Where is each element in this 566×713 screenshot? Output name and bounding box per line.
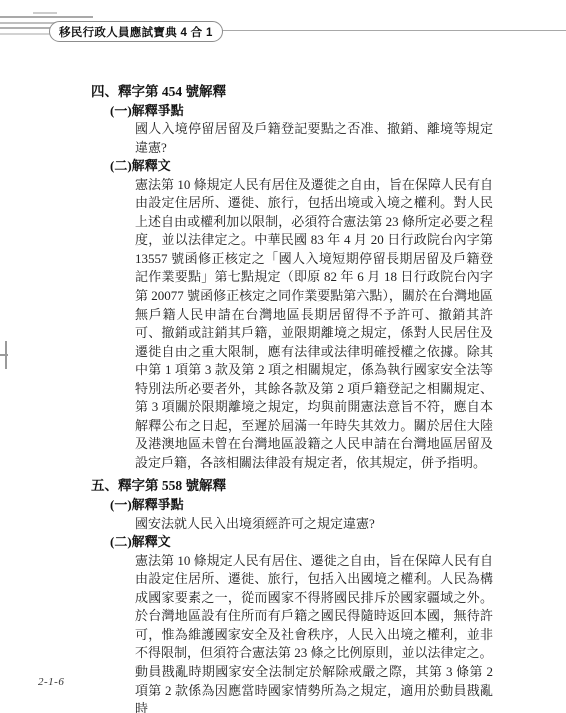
subsection-label: (一)解釋爭點 (110, 102, 493, 121)
body-paragraph: 國安法就人民入出境須經許可之規定違憲? (135, 515, 493, 534)
subsection-label: (二)解釋文 (110, 533, 493, 552)
registration-mark (0, 354, 8, 356)
header-deco-line (33, 12, 57, 14)
section-heading: 四、釋字第 454 號解釋 (91, 83, 493, 102)
subsection-interpretation-text: (二)解釋文 憲法第 10 條規定人民有居住及遷徙之自由，旨在保障人民有自由設定… (91, 157, 493, 472)
subsection-interpretation-text: (二)解釋文 憲法第 10 條規定人民有居住、遷徙之自由，旨在保障人民有自由設定… (91, 533, 493, 713)
page-content: 四、釋字第 454 號解釋 (一)解釋爭點 國人入境停留居留及戶籍登記要點之否准… (91, 83, 493, 713)
section-interpretation-558: 五、釋字第 558 號解釋 (一)解釋爭點 國安法就人民入出境須經許可之規定違憲… (91, 477, 493, 713)
page-number: 2-1-6 (38, 676, 64, 688)
body-paragraph: 憲法第 10 條規定人民有居住及遷徙之自由，旨在保障人民有自由設定住居所、遷徙、… (135, 176, 493, 473)
section-heading: 五、釋字第 558 號解釋 (91, 477, 493, 496)
subsection-dispute: (一)解釋爭點 國人入境停留居留及戶籍登記要點之否准、撤銷、離境等規定違憲? (91, 102, 493, 158)
running-head-title: 移民行政人員應試寶典 4 合 1 (49, 21, 223, 42)
subsection-dispute: (一)解釋爭點 國安法就人民入出境須經許可之規定違憲? (91, 496, 493, 533)
section-interpretation-454: 四、釋字第 454 號解釋 (一)解釋爭點 國人入境停留居留及戶籍登記要點之否准… (91, 83, 493, 472)
body-paragraph: 國人入境停留居留及戶籍登記要點之否准、撤銷、離境等規定違憲? (135, 120, 493, 157)
header-deco-line (0, 16, 93, 18)
subsection-label: (二)解釋文 (110, 157, 493, 176)
body-paragraph: 動員戡亂時期國家安全法制定於解除戒嚴之際，其第 3 條第 2 項第 2 款係為因… (135, 663, 493, 713)
book-page: 移民行政人員應試寶典 4 合 1 四、釋字第 454 號解釋 (一)解釋爭點 國… (0, 0, 566, 713)
subsection-label: (一)解釋爭點 (110, 496, 493, 515)
body-paragraph: 憲法第 10 條規定人民有居住、遷徙之自由，旨在保障人民有自由設定住居所、遷徙、… (135, 552, 493, 663)
header-horizontal-rule (170, 30, 566, 31)
